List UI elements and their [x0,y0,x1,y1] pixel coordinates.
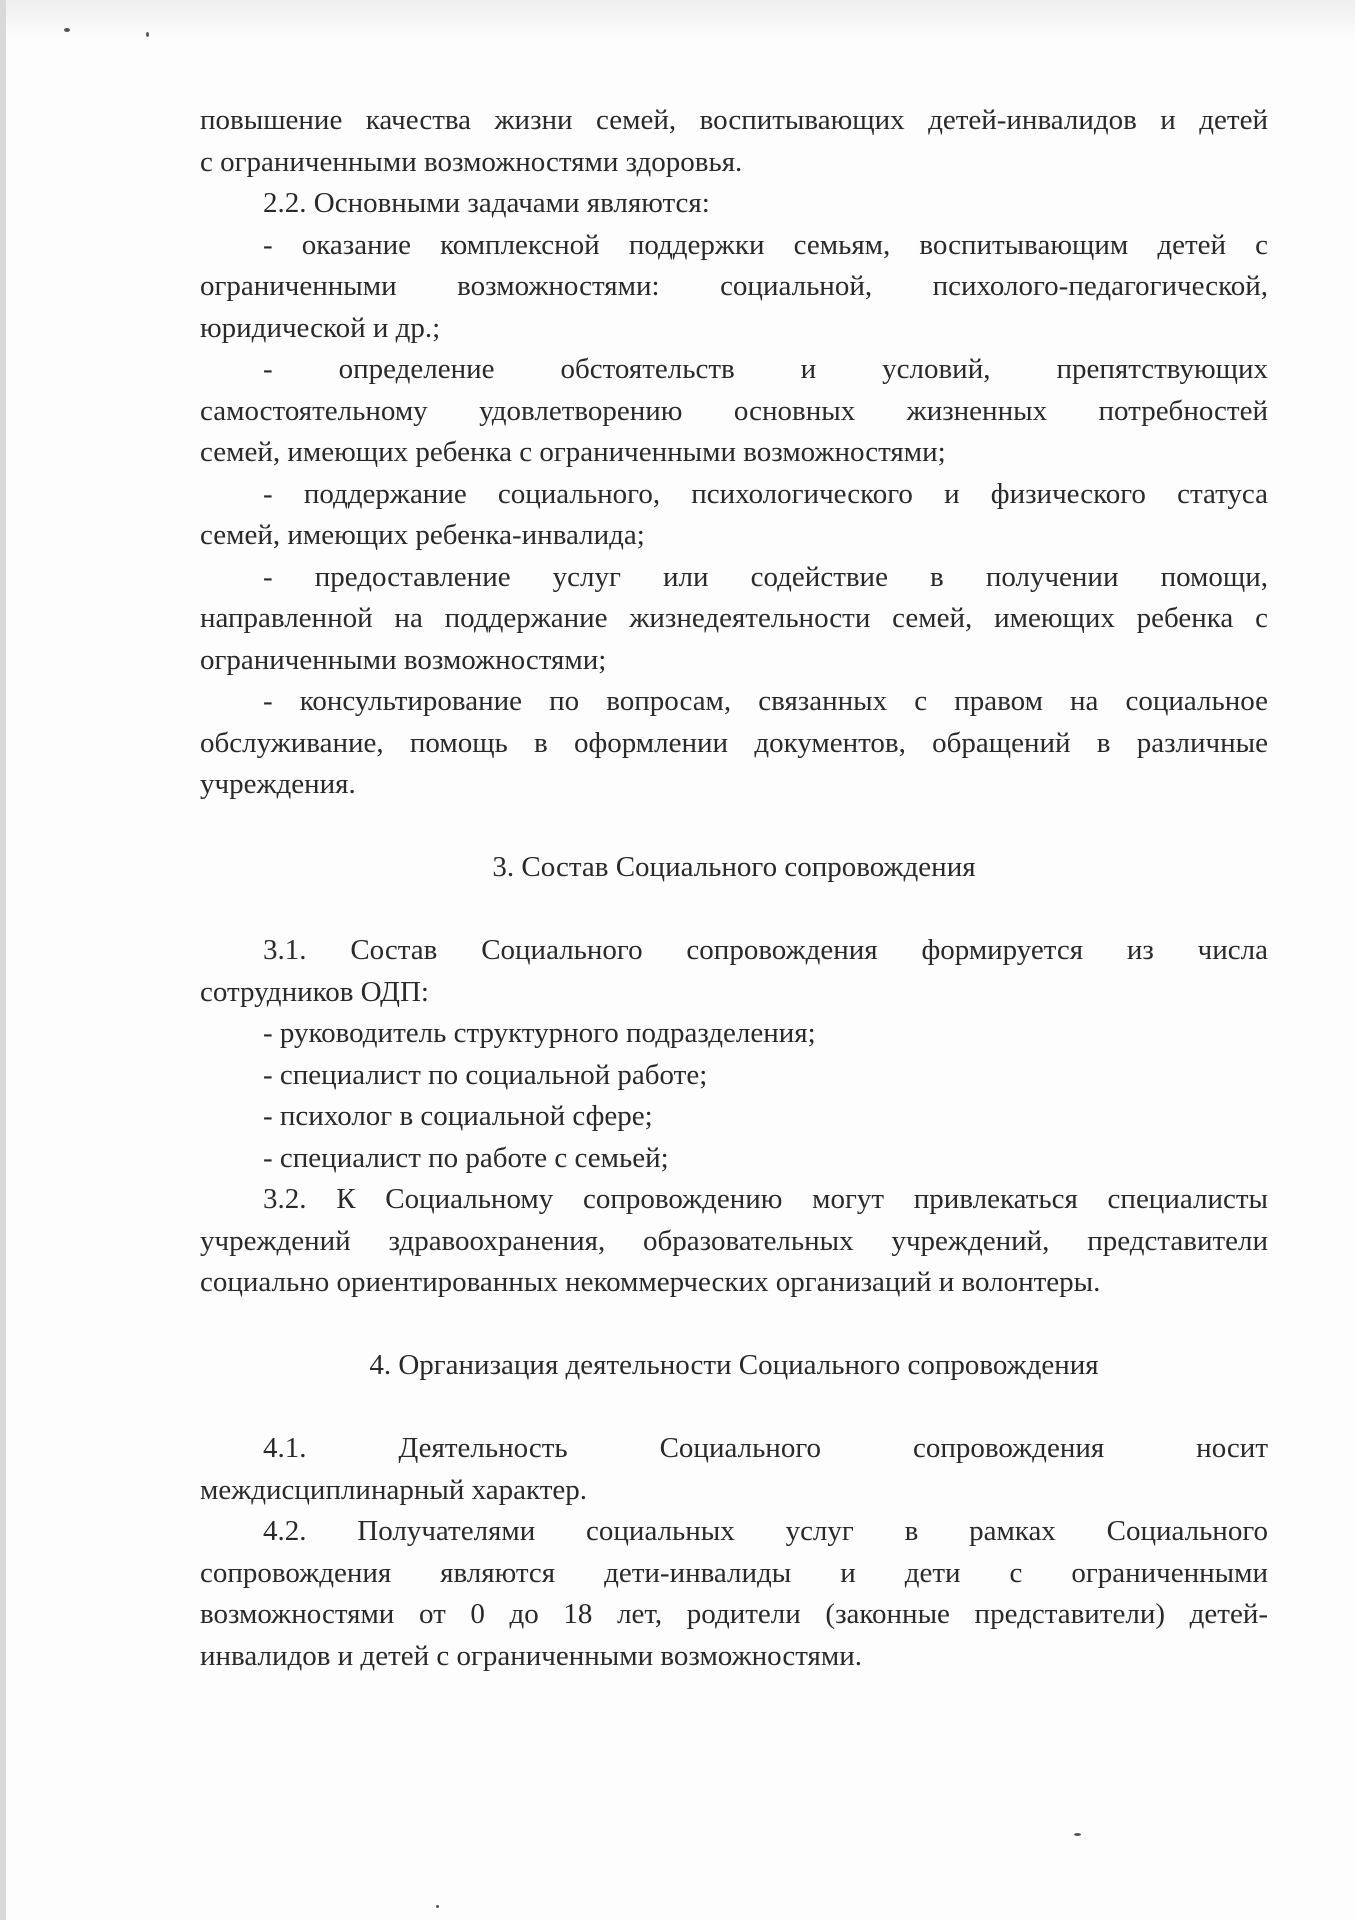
text-line: - консультирование по вопросам, связанны… [200,681,1268,723]
paragraph: 3.1. Состав Социального сопровождения фо… [200,930,1268,1179]
text-line: - специалист по социальной работе; [200,1055,1268,1097]
text-line: - специалист по работе с семьей; [200,1138,1268,1180]
text-line: возможностями от 0 до 18 лет, родители (… [200,1594,1268,1636]
text-line: сопровождения являются дети-инвалиды и д… [200,1553,1268,1595]
text-line: направленной на поддержание жизнедеятель… [200,598,1268,640]
paragraph: - определение обстоятельств и условий, п… [200,349,1268,474]
text-line: семей, имеющих ребенка-инвалида; [200,515,1268,557]
text-line: - оказание комплексной поддержки семьям,… [200,225,1268,267]
text-line: социально ориентированных некоммерческих… [200,1262,1268,1304]
text-line: обслуживание, помощь в оформлении докуме… [200,723,1268,765]
text-line: - руководитель структурного подразделени… [200,1013,1268,1055]
text-line: 2.2. Основными задачами являются: [200,183,1268,225]
spacer [200,806,1268,848]
paragraph: - поддержание социального, психологическ… [200,474,1268,557]
spacer [200,1387,1268,1429]
text-line: юридической и др.; [200,308,1268,350]
text-line: 3.1. Состав Социального сопровождения фо… [200,930,1268,972]
section-heading: 3. Состав Социального сопровождения [200,847,1268,889]
text-line: семей, имеющих ребенка с ограниченными в… [200,432,1268,474]
text-line: ограниченными возможностями; [200,640,1268,682]
scan-speck [64,28,70,32]
scan-shadow [6,0,1355,40]
paragraph: - оказание комплексной поддержки семьям,… [200,225,1268,350]
scan-speck [1074,1833,1081,1836]
text-line: - определение обстоятельств и условий, п… [200,349,1268,391]
text-line: инвалидов и детей с ограниченными возмож… [200,1636,1268,1678]
text-line: учреждения. [200,764,1268,806]
text-line: 4.1. Деятельность Социального сопровожде… [200,1428,1268,1470]
paragraph: 2.2. Основными задачами являются: [200,183,1268,225]
paragraph: повышение качества жизни семей, воспитыв… [200,100,1268,183]
text-line: с ограниченными возможностями здоровья. [200,142,1268,184]
text-line: междисциплинарный характер. [200,1470,1268,1512]
paragraph: - консультирование по вопросам, связанны… [200,681,1268,806]
document-page: повышение качества жизни семей, воспитыв… [200,100,1268,1677]
scan-edge [0,0,6,1920]
text-line: учреждений здравоохранения, образователь… [200,1221,1268,1263]
paragraph: 4.1. Деятельность Социального сопровожде… [200,1428,1268,1511]
section-heading: 4. Организация деятельности Социального … [200,1345,1268,1387]
text-line: 3.2. К Социальному сопровождению могут п… [200,1179,1268,1221]
text-line: - психолог в социальной сфере; [200,1096,1268,1138]
text-line: - поддержание социального, психологическ… [200,474,1268,516]
paragraph: 4.2. Получателями социальных услуг в рам… [200,1511,1268,1677]
text-line: самостоятельному удовлетворению основных… [200,391,1268,433]
text-line: сотрудников ОДП: [200,972,1268,1014]
scan-speck [436,1905,439,1908]
spacer [200,1304,1268,1346]
paragraph: - предоставление услуг или содействие в … [200,557,1268,682]
text-line: ограниченными возможностями: социальной,… [200,266,1268,308]
text-line: повышение качества жизни семей, воспитыв… [200,100,1268,142]
text-line: - предоставление услуг или содействие в … [200,557,1268,599]
spacer [200,889,1268,931]
text-line: 4.2. Получателями социальных услуг в рам… [200,1511,1268,1553]
scan-speck [146,32,149,37]
paragraph: 3.2. К Социальному сопровождению могут п… [200,1179,1268,1304]
